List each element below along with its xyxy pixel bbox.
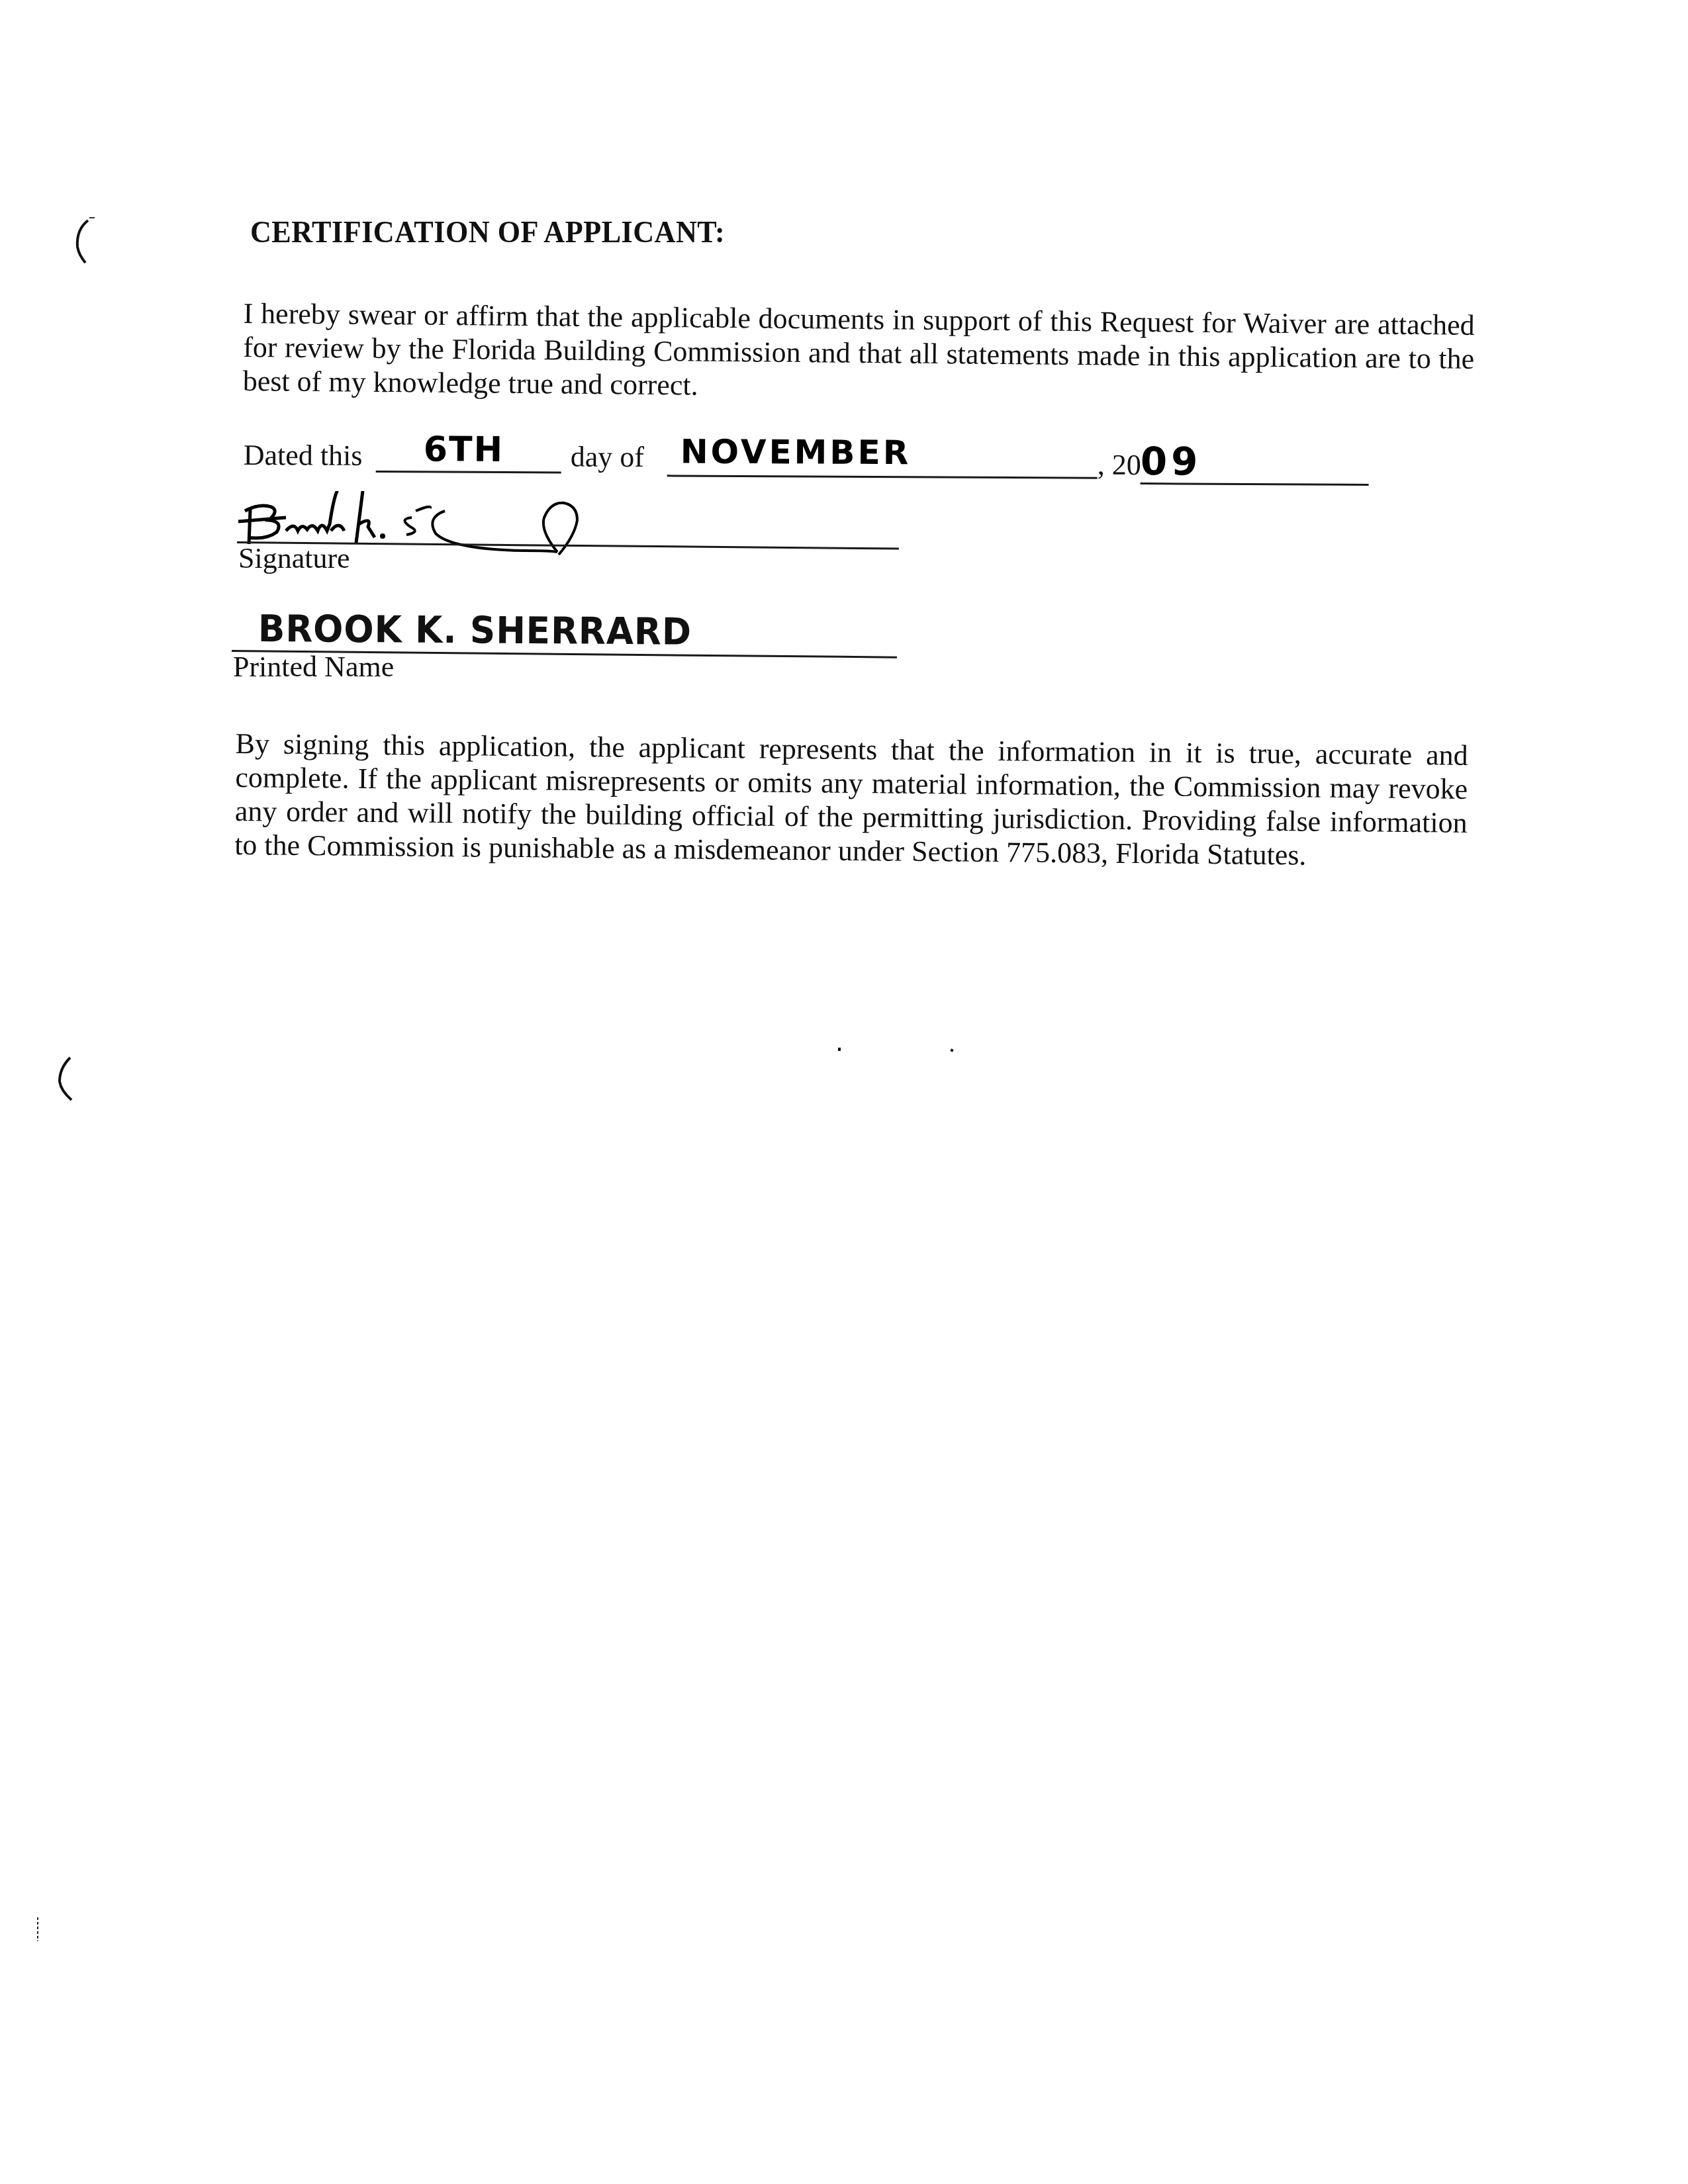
day-of-label: day of [571, 440, 644, 475]
printed-name-value[interactable]: BROOK K. SHERRARD [258, 608, 692, 654]
year-prefix-label: , 20 [1098, 448, 1141, 482]
month-field[interactable]: NOVEMBER [667, 435, 1098, 478]
affirmation-paragraph: I hereby swear or affirm that the applic… [243, 296, 1475, 410]
signature-label: Signature [238, 541, 350, 575]
punch-hole-mark-middle [53, 1052, 79, 1105]
printed-name-text: BROOK K. SHERRARD [258, 608, 692, 654]
document-page: CERTIFICATION OF APPLICANT: I hereby swe… [0, 0, 1688, 2184]
section-heading: CERTIFICATION OF APPLICANT: [250, 214, 725, 250]
scan-mark-bottom [34, 1916, 41, 1942]
disclaimer-paragraph: By signing this application, the applica… [234, 727, 1468, 874]
day-field[interactable]: 6TH [376, 431, 561, 473]
date-line: Dated this 6TH day of NOVEMBER , 20 09 [244, 430, 1382, 489]
printed-name-label: Printed Name [233, 650, 394, 684]
scan-speck [950, 1048, 953, 1052]
month-value: NOVEMBER [680, 432, 912, 472]
punch-hole-mark-top [70, 215, 96, 268]
year-field[interactable]: 09 [1141, 443, 1369, 486]
dated-this-label: Dated this [244, 438, 363, 473]
day-value: 6TH [424, 430, 504, 470]
year-value: 09 [1141, 439, 1202, 484]
scan-speck [838, 1048, 841, 1051]
